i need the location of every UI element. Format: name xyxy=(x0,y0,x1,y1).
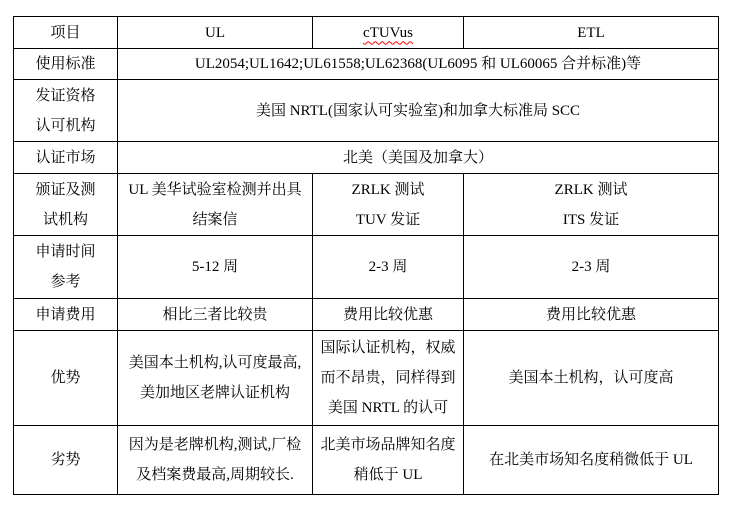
row-cons: 劣势 因为是老牌机构,测试,厂检 及档案费最高,周期较长. 北美市场品牌知名度 … xyxy=(14,426,719,495)
spellcheck-squiggle-text: cTUVus xyxy=(363,25,413,41)
row-label-time[interactable]: 申请时间 参考 xyxy=(14,236,118,299)
header-cell-ctuvus[interactable]: cTUVus xyxy=(313,17,464,49)
row-issuer: 颁证及测 试机构 UL 美华试验室检测并出具 结案信 ZRLK 测试 TUV 发… xyxy=(14,174,719,236)
header-cell-ul[interactable]: UL xyxy=(118,17,313,49)
certification-comparison-table: 项目 UL cTUVus ETL 使用标准 UL2054;UL1642;UL61… xyxy=(13,16,719,495)
row-label-cons[interactable]: 劣势 xyxy=(14,426,118,495)
cell-pros-ctuvus[interactable]: 国际认证机构，权威 而不昂贵，同样得到 美国 NRTL 的认可 xyxy=(313,331,464,426)
cell-standards-value[interactable]: UL2054;UL1642;UL61558;UL62368(UL6095 和 U… xyxy=(118,49,719,80)
cell-cons-ul[interactable]: 因为是老牌机构,测试,厂检 及档案费最高,周期较长. xyxy=(118,426,313,495)
header-cell-item[interactable]: 项目 xyxy=(14,17,118,49)
table-header-row: 项目 UL cTUVus ETL xyxy=(14,17,719,49)
cell-cons-ctuvus[interactable]: 北美市场品牌知名度 稍低于 UL xyxy=(313,426,464,495)
row-label-market[interactable]: 认证市场 xyxy=(14,142,118,174)
cell-issuer-ul[interactable]: UL 美华试验室检测并出具 结案信 xyxy=(118,174,313,236)
row-label-pros[interactable]: 优势 xyxy=(14,331,118,426)
row-label-standards[interactable]: 使用标准 xyxy=(14,49,118,80)
row-label-fee[interactable]: 申请费用 xyxy=(14,299,118,331)
row-fee: 申请费用 相比三者比较贵 费用比较优惠 费用比较优惠 xyxy=(14,299,719,331)
cell-market-value[interactable]: 北美（美国及加拿大） xyxy=(118,142,719,174)
cell-accreditation-value[interactable]: 美国 NRTL(国家认可实验室)和加拿大标准局 SCC xyxy=(118,80,719,142)
row-label-issuer[interactable]: 颁证及测 试机构 xyxy=(14,174,118,236)
cell-issuer-ctuvus[interactable]: ZRLK 测试 TUV 发证 xyxy=(313,174,464,236)
row-pros: 优势 美国本土机构,认可度最高, 美加地区老牌认证机构 国际认证机构，权威 而不… xyxy=(14,331,719,426)
cell-fee-etl[interactable]: 费用比较优惠 xyxy=(464,299,719,331)
row-market: 认证市场 北美（美国及加拿大） xyxy=(14,142,719,174)
cell-issuer-etl[interactable]: ZRLK 测试 ITS 发证 xyxy=(464,174,719,236)
header-cell-etl[interactable]: ETL xyxy=(464,17,719,49)
cell-pros-etl[interactable]: 美国本土机构，认可度高 xyxy=(464,331,719,426)
cell-cons-etl[interactable]: 在北美市场知名度稍微低于 UL xyxy=(464,426,719,495)
cell-time-etl[interactable]: 2-3 周 xyxy=(464,236,719,299)
row-label-accreditation[interactable]: 发证资格 认可机构 xyxy=(14,80,118,142)
document-page: 项目 UL cTUVus ETL 使用标准 UL2054;UL1642;UL61… xyxy=(0,0,735,512)
cell-time-ul[interactable]: 5-12 周 xyxy=(118,236,313,299)
row-standards: 使用标准 UL2054;UL1642;UL61558;UL62368(UL609… xyxy=(14,49,719,80)
cell-fee-ctuvus[interactable]: 费用比较优惠 xyxy=(313,299,464,331)
cell-fee-ul[interactable]: 相比三者比较贵 xyxy=(118,299,313,331)
cell-pros-ul[interactable]: 美国本土机构,认可度最高, 美加地区老牌认证机构 xyxy=(118,331,313,426)
cell-time-ctuvus[interactable]: 2-3 周 xyxy=(313,236,464,299)
row-time: 申请时间 参考 5-12 周 2-3 周 2-3 周 xyxy=(14,236,719,299)
row-accreditation: 发证资格 认可机构 美国 NRTL(国家认可实验室)和加拿大标准局 SCC xyxy=(14,80,719,142)
